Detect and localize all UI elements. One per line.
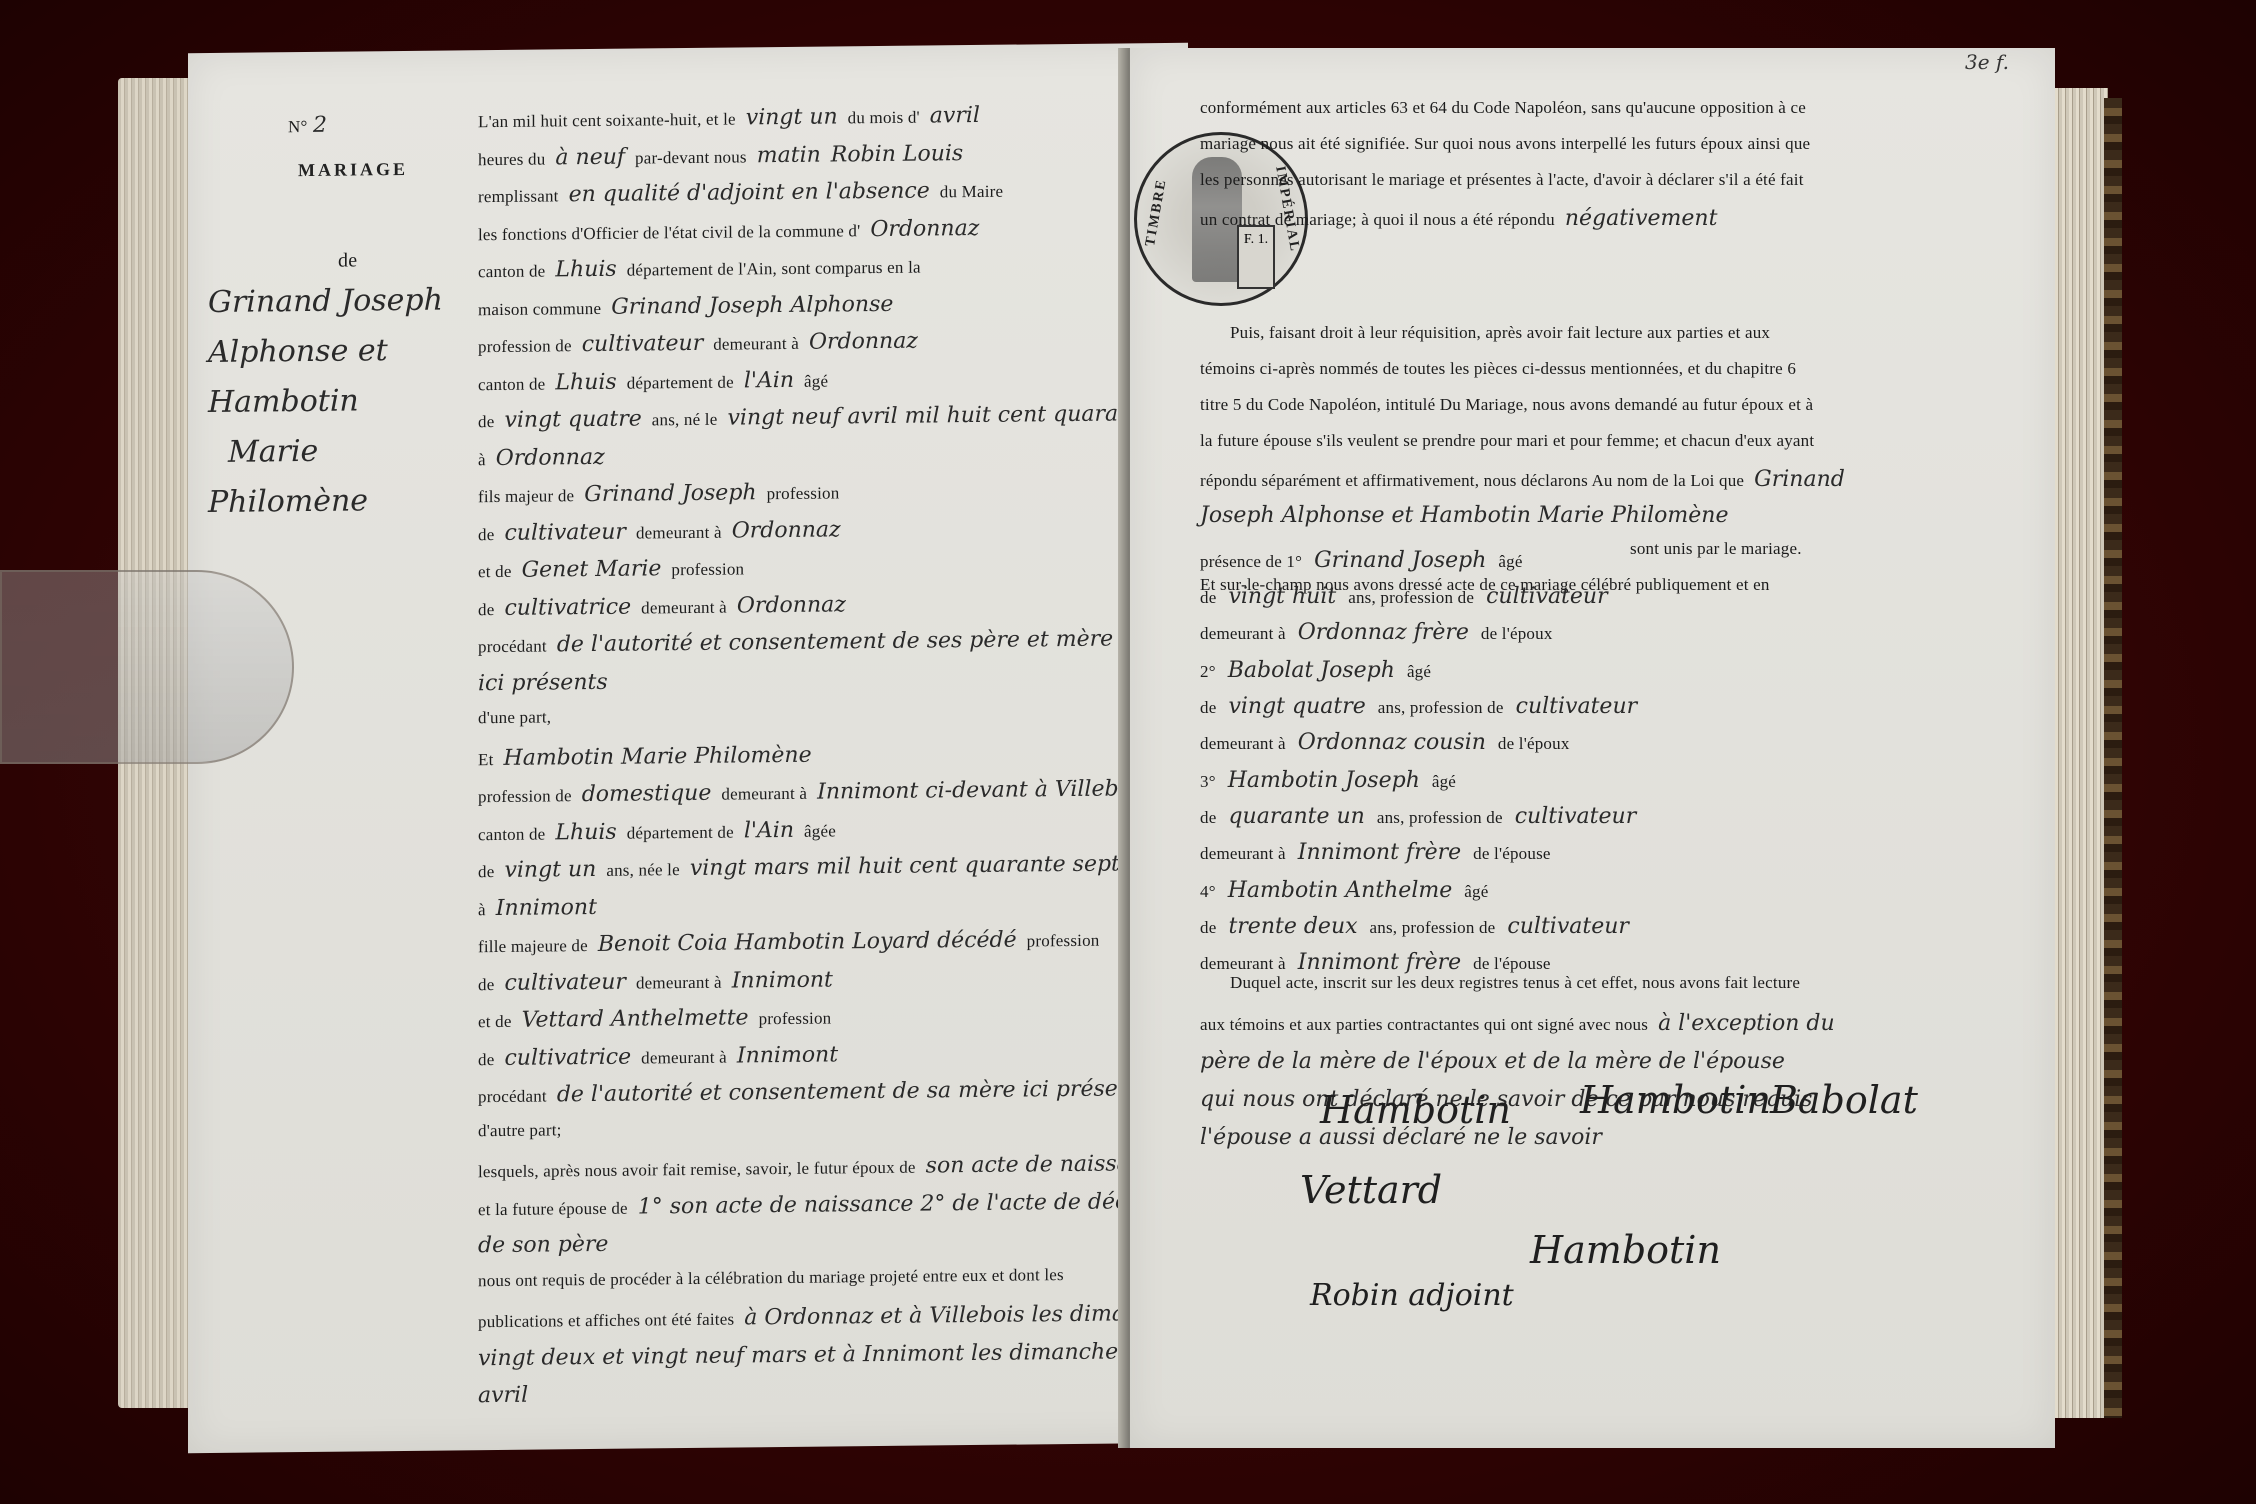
printed-text: du Maire [940,182,1003,202]
witness-line: demeurant àOrdonnaz cousinde l'époux [1200,730,1582,755]
printed-text: heures du [478,149,545,169]
register-line: profession dedomestiquedemeurant àInnimo… [478,776,1160,808]
register-line: procédantde l'autorité et consentement d… [478,626,1123,658]
witness-profession: cultivateur [1486,584,1608,609]
register-line: maison communeGrinand Joseph Alphonse [478,291,903,320]
open-register-book: N° 2 MARIAGE de Grinand Joseph Alphonse … [118,48,2108,1460]
witness-age: vingt huit [1228,584,1336,609]
printed-text: maison commune [478,298,601,318]
record-number-value: 2 [313,113,327,138]
printed-text: procédant [478,1086,547,1106]
printed-text: de [478,1050,494,1069]
book-cover-edge [2104,98,2122,1418]
printed-text: profession de [478,786,572,806]
witness-line: devingt huitans, profession decultivateu… [1200,584,1620,609]
printed-text: mariage nous ait été signifiée. Sur quoi… [1200,134,1810,153]
printed-text: à [478,900,486,919]
printed-text: ans, né le [652,410,718,430]
register-line: Puis, faisant droit à leur réquisition, … [1230,323,1780,343]
handwritten-entry: Ordonnaz [737,592,846,618]
witness-line: devingt quatreans, profession decultivat… [1200,694,1649,719]
handwritten-entry: avril [930,103,980,129]
printed-text: canton de [478,374,545,394]
handwritten-entry: père de la mère de l'époux et de la mère… [1200,1049,1785,1074]
witness-line: demeurant àInnimont frèrede l'épouse [1200,840,1563,865]
witness-line: dequarante unans, profession decultivate… [1200,804,1648,829]
handwritten-entry: cultivatrice [504,1044,631,1070]
signature: Robin adjoint [1310,1278,1514,1313]
register-line: devingt quatreans, né levingt neuf avril… [478,400,1222,433]
closing-line: Duquel acte, inscrit sur les deux regist… [1230,973,1810,993]
witness-residence: Innimont frère [1298,950,1461,975]
witness-line: 4°Hambotin Anthelmeâgé [1200,878,1500,903]
de-label: de [1200,918,1216,937]
witness-age: trente deux [1228,914,1357,939]
printed-text: et de [478,1012,512,1031]
printed-text: âgé [804,371,828,390]
register-line: decultivateurdemeurant àInnimont [478,967,843,996]
de-label: de [1200,808,1216,827]
witness-name: Grinand Joseph [1314,548,1486,573]
residence-label: demeurant à [1200,624,1286,643]
printed-text: les personnes autorisant le mariage et p… [1200,170,1804,189]
register-line: un contrat de mariage; à quoi il nous a … [1200,206,1727,231]
handwritten-entry: en qualité d'adjoint en l'absence [569,178,930,207]
printed-text: les fonctions d'Officier de l'état civil… [478,221,860,244]
handwritten-entry: matin [757,142,821,168]
handwritten-entry: Ordonnaz [870,215,979,241]
handwritten-entry: Innimont [732,967,833,993]
register-line: la future épouse s'ils veulent se prendr… [1200,431,1824,451]
handwritten-entry: Hambotin Marie Philomène [504,742,812,770]
printed-text: répondu séparément et affirmativement, n… [1200,471,1744,490]
printed-text: lesquels, après nous avoir fait remise, … [478,1158,916,1182]
printed-text: publications et affiches ont été faites [478,1310,734,1332]
printed-text: du mois d' [848,108,920,128]
register-line: ici présents [478,669,618,695]
printed-text: département de l'Ain, sont comparus en l… [627,258,921,280]
register-line: de son père [478,1232,618,1258]
signature: Hambotin [1320,1088,1511,1132]
handwritten-entry: vingt mars mil huit cent quarante sept [690,851,1120,881]
witness-relation: de l'épouse [1473,954,1551,973]
printed-text: d'une part, [478,707,551,727]
margin-title: MARIAGE [298,159,408,181]
printed-text: de [478,525,494,544]
handwritten-entry: Lhuis [555,369,616,395]
register-line: canton deLhuisdépartement del'Ainâgé [478,367,838,396]
handwritten-entry: Grinand Joseph Alphonse [611,291,893,319]
margin-name-line: Alphonse et [208,326,443,378]
register-line: les personnes autorisant le mariage et p… [1200,170,1814,190]
witness-line: detrente deuxans, profession decultivate… [1200,914,1641,939]
handwritten-entry: cultivateur [582,331,704,357]
register-line: profession decultivateurdemeurant àOrdon… [478,328,928,358]
handwritten-entry: l'Ain [744,367,794,393]
printed-text: et de [478,562,512,581]
witness-name: Babolat Joseph [1228,658,1395,683]
handwritten-entry: Joseph Alphonse et Hambotin Marie Philom… [1200,503,1728,528]
age-label: âgé [1464,882,1488,901]
witness-name: Hambotin Joseph [1228,768,1420,793]
handwritten-entry: cultivateur [504,969,626,995]
printed-text: département de [627,372,734,392]
register-line: EtHambotin Marie Philomène [478,742,822,771]
printed-text: Et [478,750,494,769]
profession-label: ans, profession de [1348,588,1474,607]
handwritten-entry: Ordonnaz [496,444,605,470]
handwritten-entry: Innimont [737,1042,838,1068]
printed-text: de [478,412,494,431]
register-line: nous ont requis de procéder à la célébra… [478,1264,1074,1290]
de-label: de [1200,698,1216,717]
stamp-plinth: F. 1. [1237,225,1275,289]
printed-text: demeurant à [636,522,722,542]
printed-text: témoins ci-après nommés de toutes les pi… [1200,359,1796,378]
profession-label: ans, profession de [1378,698,1504,717]
printed-text: âgée [804,821,836,840]
register-line: àInnimont [478,894,607,920]
witness-profession: cultivateur [1515,804,1637,829]
witness-line: présence de 1°Grinand Josephâgé [1200,548,1535,573]
printed-text: demeurant à [721,784,807,804]
printed-text: par-devant nous [635,147,747,167]
printed-text: profession [671,559,744,579]
printed-text: demeurant à [641,597,727,617]
handwritten-entry: Ordonnaz [809,329,918,355]
residence-label: demeurant à [1200,734,1286,753]
handwritten-entry: cultivateur [504,519,626,545]
printed-text: demeurant à [636,972,722,992]
margin-spouse-names: Grinand Joseph Alphonse et Hambotin Mari… [208,276,443,528]
printed-text: fils majeur de [478,486,574,506]
closing-line: aux témoins et aux parties contractantes… [1200,1011,1845,1036]
transparent-page-clip [0,570,294,764]
handwritten-entry: ici présents [478,669,608,695]
handwritten-entry: Benoit Coia Hambotin Loyard décédé [598,928,1017,957]
register-line: L'an mil huit cent soixante-huit, et lev… [478,103,990,133]
record-number: N° 2 [288,112,327,138]
printed-text: procédant [478,636,547,656]
witness-residence: Innimont frère [1298,840,1461,865]
printed-text: d'autre part; [478,1120,562,1140]
register-line: canton deLhuisdépartement de l'Ain, sont… [478,253,931,283]
handwritten-entry: à l'exception du [1658,1011,1835,1036]
register-line: decultivatricedemeurant àOrdonnaz [478,592,856,621]
printed-text: demeurant à [641,1047,727,1067]
witness-name: Hambotin Anthelme [1228,878,1453,903]
signature: Hambotin [1530,1228,1721,1272]
profession-label: ans, profession de [1377,808,1503,827]
register-line: remplissanten qualité d'adjoint en l'abs… [478,178,1013,209]
printed-text: titre 5 du Code Napoléon, intitulé Du Ma… [1200,395,1813,414]
left-page: N° 2 MARIAGE de Grinand Joseph Alphonse … [188,43,1188,1453]
printed-text: de [478,975,494,994]
witness-relation: de l'époux [1481,624,1553,643]
register-line: sont unis par le mariage. [1630,539,1812,559]
printed-text: profession [767,483,840,503]
printed-text: un contrat de mariage; à quoi il nous a … [1200,210,1555,229]
printed-text: Puis, faisant droit à leur réquisition, … [1230,323,1770,342]
printed-text: ans, née le [606,860,679,880]
handwritten-entry: vingt quatre [504,406,641,432]
witness-residence: Ordonnaz cousin [1298,730,1486,755]
handwritten-entry: domestique [582,781,712,807]
witness-relation: de l'époux [1498,734,1570,753]
register-line: lesquels, après nous avoir fait remise, … [478,1151,1179,1183]
de-label: de [1200,588,1216,607]
register-line: fils majeur deGrinand Josephprofession [478,479,849,508]
witness-number: 3° [1200,772,1216,791]
register-line: devingt unans, née levingt mars mil huit… [478,851,1130,883]
handwritten-entry: avril [478,1383,528,1409]
residence-label: demeurant à [1200,844,1286,863]
witness-age: vingt quatre [1228,694,1365,719]
witness-line: 2°Babolat Josephâgé [1200,658,1443,683]
margin-name-line: Grinand Joseph [208,276,443,328]
age-label: âgé [1407,662,1431,681]
handwritten-entry: Ordonnaz [732,517,841,543]
register-line: fille majeure deBenoit Coia Hambotin Loy… [478,927,1109,959]
register-line: et deVettard Anthelmetteprofession [478,1004,841,1033]
right-page: 3e f. TIMBRE IMPÉRIAL F. 1. conformément… [1130,48,2055,1448]
witness-line: demeurant àInnimont frèrede l'épouse [1200,950,1563,975]
printed-text: profession [1027,931,1100,951]
witness-profession: cultivateur [1507,914,1629,939]
witness-age: quarante un [1228,804,1364,829]
age-label: âgé [1498,552,1522,571]
handwritten-entry: de l'autorité et consentement de ses pèr… [557,627,1113,658]
witness-number: 2° [1200,662,1216,681]
residence-label: demeurant à [1200,954,1286,973]
handwritten-entry: Vettard Anthelmette [522,1005,749,1032]
margin-name-line: Marie [208,426,443,478]
signature: Hambotin [1580,1078,1771,1122]
handwritten-entry: de l'autorité et consentement de sa mère… [557,1076,1154,1107]
witness-residence: Ordonnaz frère [1298,620,1469,645]
printed-text: fille majeure de [478,936,588,956]
printed-text: de [478,600,494,619]
register-line: canton deLhuisdépartement del'Ainâgée [478,817,846,846]
register-line: procédantde l'autorité et consentement d… [478,1076,1164,1108]
handwritten-entry: Grinand Joseph [584,480,756,507]
printed-text: demeurant à [713,334,799,354]
printed-text: la future épouse s'ils veulent se prendr… [1200,431,1814,450]
handwritten-entry: Lhuis [555,819,616,845]
margin-name-line: Philomène [208,476,443,528]
register-line: avril [478,1383,538,1409]
register-line: d'une part, [478,707,561,728]
register-line: mariage nous ait été signifiée. Sur quoi… [1200,134,1820,154]
register-line: répondu séparément et affirmativement, n… [1200,467,1855,492]
register-line: et deGenet Marieprofession [478,555,754,583]
register-line: et la future épouse de1° son acte de nai… [478,1189,1162,1221]
register-line: conformément aux articles 63 et 64 du Co… [1200,98,1816,118]
register-line: decultivateurdemeurant àOrdonnaz [478,517,851,546]
register-line: les fonctions d'Officier de l'état civil… [478,215,989,245]
register-line: decultivatricedemeurant àInnimont [478,1042,848,1071]
handwritten-entry: Grinand [1754,467,1845,492]
printed-text: département de [627,822,734,842]
profession-label: ans, profession de [1370,918,1496,937]
handwritten-entry: Robin Louis [831,141,963,167]
closing-line: père de la mère de l'époux et de la mère… [1200,1049,1795,1074]
margin-de: de [338,249,357,272]
handwritten-entry: vingt un [504,857,596,883]
register-line: heures duà neufpar-devant nousmatinRobin… [478,141,973,171]
printed-text: de [478,862,494,881]
margin-name-line: Hambotin [208,376,443,428]
signature: Vettard [1300,1168,1442,1212]
handwritten-entry: vingt un [746,104,838,130]
printed-text: sont unis par le mariage. [1630,539,1802,558]
handwritten-entry: l'Ain [744,817,794,843]
record-number-label: N° [288,117,307,136]
handwritten-entry: à neuf [555,144,625,170]
printed-text: L'an mil huit cent soixante-huit, et le [478,109,736,131]
handwritten-entry: Genet Marie [522,556,662,582]
printed-text: profession [759,1008,832,1028]
register-line: titre 5 du Code Napoléon, intitulé Du Ma… [1200,395,1823,415]
printed-text: nous ont requis de procéder à la célébra… [478,1265,1064,1290]
printed-text: canton de [478,824,545,844]
witness-profession: cultivateur [1516,694,1638,719]
stamp-left-text: TIMBRE [1143,177,1171,248]
signature: Babolat [1770,1078,1918,1122]
handwritten-entry: Lhuis [555,257,616,283]
witness-number: présence de 1° [1200,552,1302,571]
register-line: àOrdonnaz [478,444,615,470]
register-line: Joseph Alphonse et Hambotin Marie Philom… [1200,503,1738,528]
register-line: d'autre part; [478,1120,572,1141]
handwritten-entry: négativement [1565,206,1718,231]
witness-line: 3°Hambotin Josephâgé [1200,768,1468,793]
printed-text: remplissant [478,186,559,206]
register-line: publications et affiches ont été faitesà… [478,1301,1200,1334]
printed-text: à [478,450,486,469]
printed-text: et la future épouse de [478,1198,628,1219]
handwritten-entry: 1° son acte de naissance 2° de l'acte de… [638,1189,1152,1219]
witness-relation: de l'épouse [1473,844,1551,863]
printed-text: canton de [478,261,545,281]
witness-line: demeurant àOrdonnaz frèrede l'époux [1200,620,1565,645]
printed-text: conformément aux articles 63 et 64 du Co… [1200,98,1806,117]
witness-number: 4° [1200,882,1216,901]
printed-text: aux témoins et aux parties contractantes… [1200,1015,1648,1034]
printed-text: Duquel acte, inscrit sur les deux regist… [1230,973,1800,992]
age-label: âgé [1432,772,1456,791]
handwritten-entry: cultivatrice [504,594,631,620]
handwritten-entry: de son père [478,1232,608,1258]
handwritten-entry: Innimont [496,894,597,920]
corner-annotation: 3e f. [1965,50,2009,74]
handwritten-entry: Innimont ci-devant à Villebois [817,776,1150,804]
register-line: témoins ci-après nommés de toutes les pi… [1200,359,1806,379]
printed-text: profession de [478,336,572,356]
